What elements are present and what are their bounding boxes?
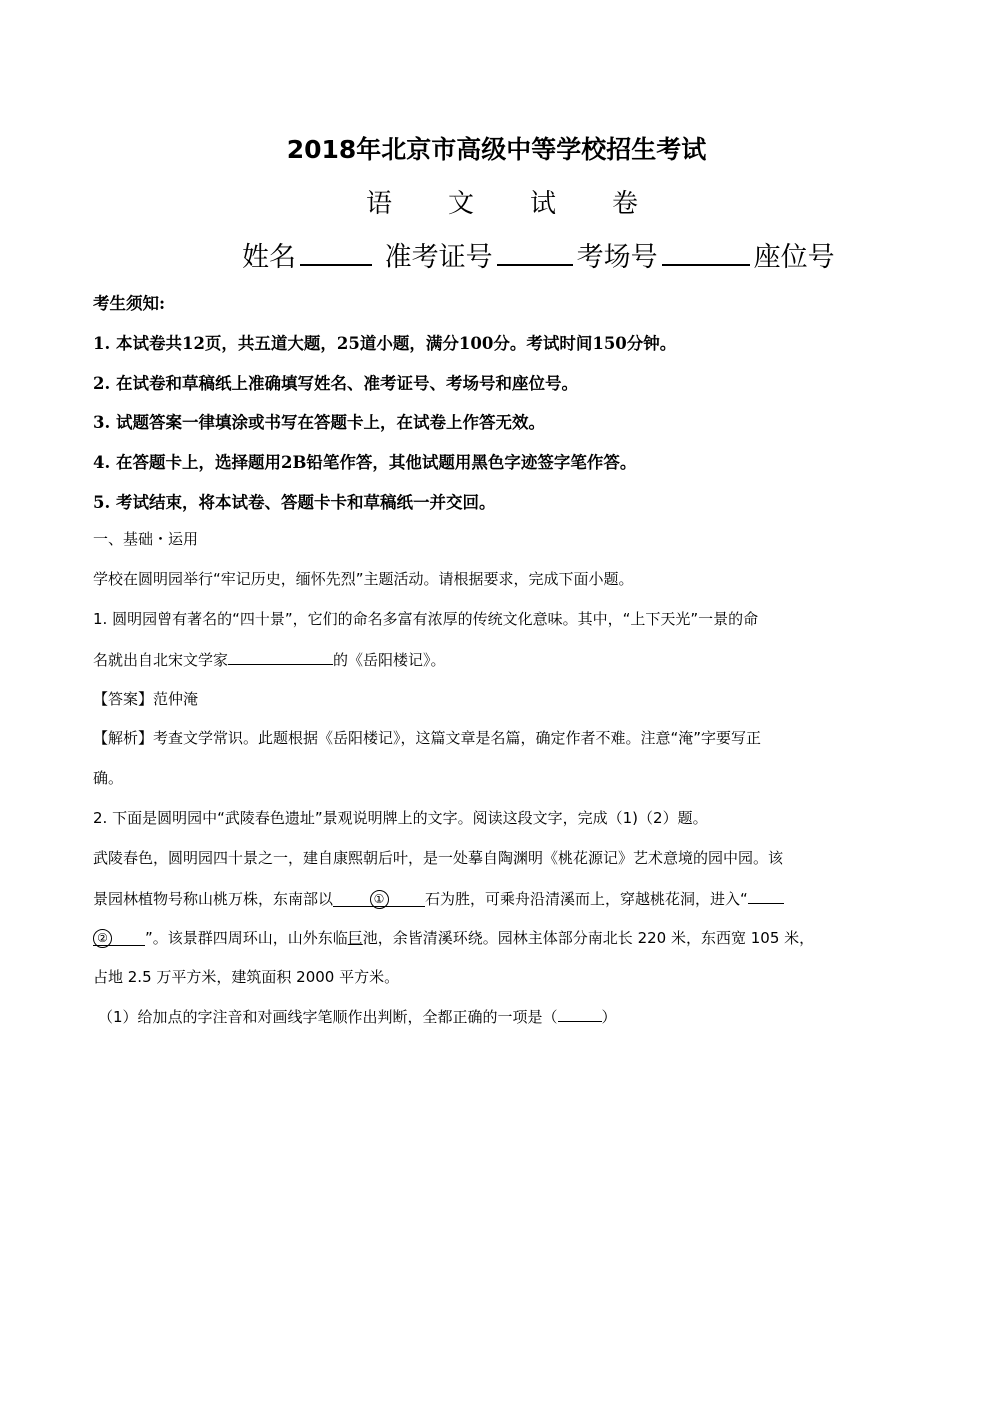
exam-id-blank[interactable] <box>497 240 573 266</box>
notice-item: 5. 考试结束，将本试卷、答题卡卡和草稿纸一并交回。 <box>93 489 495 513</box>
q1-analysis-line1: 【解析】考查文学常识。此题根据《岳阳楼记》，这篇文章是名篇，确定作者不难。注意“… <box>93 727 761 748</box>
exam-id-label: 准考证号 <box>385 242 493 273</box>
q2-sub1-text: ） <box>602 1008 617 1026</box>
notice-item: 1. 本试卷共12页，共五道大题，25道小题，满分100分。考试时间150分钟。 <box>93 330 676 354</box>
q2-intro: 2. 下面是圆明园中“武陵春色遗址”景观说明牌上的文字。阅读这段文字，完成（1)… <box>93 807 708 828</box>
q2-blank-2-end[interactable]: ② <box>93 929 145 946</box>
notice-heading: 考生须知: <box>93 290 165 314</box>
exam-subtitle: 语文试卷 <box>366 183 694 220</box>
section-intro: 学校在圆明园举行“牢记历史，缅怀先烈”主题活动。请根据要求，完成下面小题。 <box>93 568 634 589</box>
q2-passage-line1: 武陵春色，圆明园四十景之一，建自康熙朝后叶，是一处摹自陶渊明《桃花源记》艺术意境… <box>93 847 783 868</box>
exam-page: 2018年北京市高级中等学校招生考试 语文试卷 姓名 准考证号考场号座位号 考生… <box>0 0 993 1404</box>
q2-passage-line2: 景园林植物号称山桃万株，东南部以①石为胜，可乘舟沿清溪而上，穿越桃花洞，进入“ <box>93 887 784 909</box>
notice-item: 2. 在试卷和草稿纸上准确填写姓名、准考证号、考场号和座位号。 <box>93 370 578 394</box>
exam-room-blank[interactable] <box>662 240 750 266</box>
q2-blank-2-start[interactable] <box>748 887 784 904</box>
subtitle-char: 语 <box>366 183 448 220</box>
circled-number-2: ② <box>93 929 112 948</box>
name-label: 姓名 <box>242 242 296 273</box>
q2-passage-line3: ②”。该景群四周环山，山外东临巨池，余皆清溪环绕。园林主体部分南北长 220 米… <box>93 927 814 948</box>
section-heading: 一、基础・运用 <box>93 528 198 549</box>
seat-label: 座位号 <box>754 242 835 273</box>
subtitle-char: 试 <box>530 183 612 220</box>
notice-item: 4. 在答题卡上，选择题用2B铅笔作答，其他试题用黑色字迹签字笔作答。 <box>93 449 636 473</box>
q2-sub1-text: （1）给加点的字注音和对画线字笔顺作出判断，全都正确的一项是（ <box>98 1008 558 1026</box>
q2-text: 石为胜，可乘舟沿清溪而上，穿越桃花洞，进入“ <box>425 890 748 908</box>
candidate-info-fields: 姓名 准考证号考场号座位号 <box>242 235 835 274</box>
q1-stem-line2: 名就出自北宋文学家的《岳阳楼记》。 <box>93 648 446 670</box>
q1-analysis-line2: 确。 <box>93 767 123 788</box>
q1-answer: 【答案】范仲淹 <box>93 688 198 709</box>
q2-text: 景园林植物号称山桃万株，东南部以 <box>93 890 333 908</box>
notice-item: 3. 试题答案一律填涂或书写在答题卡上，在试卷上作答无效。 <box>93 409 545 433</box>
underlined-char: 巨 <box>348 929 363 947</box>
name-blank[interactable] <box>300 240 372 266</box>
q2-passage-line4: 占地 2.5 万平方米，建筑面积 2000 平方米。 <box>93 966 399 987</box>
q2-sub1-answer-blank[interactable] <box>558 1005 602 1022</box>
exam-room-label: 考场号 <box>577 242 658 273</box>
q2-blank-1[interactable]: ① <box>333 890 425 907</box>
subtitle-char: 文 <box>448 183 530 220</box>
q2-text: 池，余皆清溪环绕。园林主体部分南北长 220 米，东西宽 105 米， <box>363 929 814 947</box>
q1-text: 名就出自北宋文学家 <box>93 651 228 669</box>
q2-text: ”。该景群四周环山，山外东临 <box>145 929 348 947</box>
q2-sub1: （1）给加点的字注音和对画线字笔顺作出判断，全都正确的一项是（） <box>98 1005 617 1027</box>
q1-answer-blank[interactable] <box>228 648 333 665</box>
subtitle-char: 卷 <box>612 183 694 220</box>
circled-number-1: ① <box>370 890 389 909</box>
q1-text: 的《岳阳楼记》。 <box>333 651 446 669</box>
exam-title: 2018年北京市高级中等学校招生考试 <box>0 130 993 166</box>
q1-stem-line1: 1. 圆明园曾有著名的“四十景”，它们的命名多富有浓厚的传统文化意味。其中，“上… <box>93 608 758 629</box>
